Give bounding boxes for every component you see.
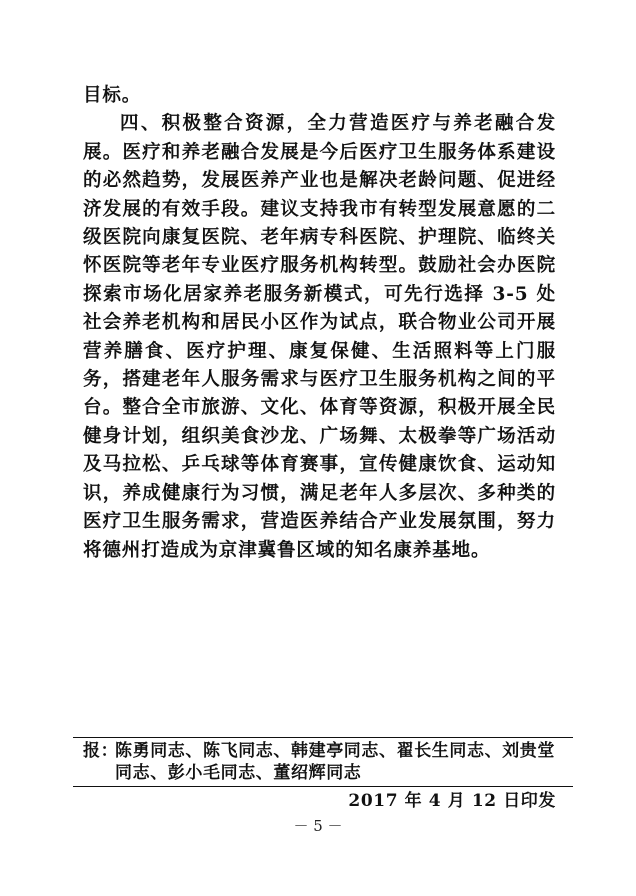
footer-top-rule xyxy=(73,737,573,738)
document-page: 目标。 四、积极整合资源，全力营造医疗与养老融合发展。医疗和养老融合发展是今后医… xyxy=(0,0,636,896)
footer-bottom-rule xyxy=(73,786,573,787)
paragraph-section-four: 四、积极整合资源，全力营造医疗与养老融合发展。医疗和养老融合发展是今后医疗卫生服… xyxy=(83,110,556,565)
print-date: 2017 年 4 月 12 日印发 xyxy=(348,790,556,812)
section-body: 医疗和养老融合发展是今后医疗卫生服务体系建设的必然趋势，发展医养产业也是解决老龄… xyxy=(83,142,556,561)
report-recipients: 报： 陈勇同志、陈飞同志、韩建亭同志、翟长生同志、刘贵堂同志、彭小毛同志、董绍辉… xyxy=(83,740,563,784)
page-number: － 5 － xyxy=(0,816,636,836)
document-body: 目标。 四、积极整合资源，全力营造医疗与养老融合发展。医疗和养老融合发展是今后医… xyxy=(83,82,556,565)
report-label: 报： xyxy=(83,740,118,762)
paragraph-closing-fragment: 目标。 xyxy=(83,82,556,110)
report-names: 陈勇同志、陈飞同志、韩建亭同志、翟长生同志、刘贵堂同志、彭小毛同志、董绍辉同志 xyxy=(115,740,563,784)
